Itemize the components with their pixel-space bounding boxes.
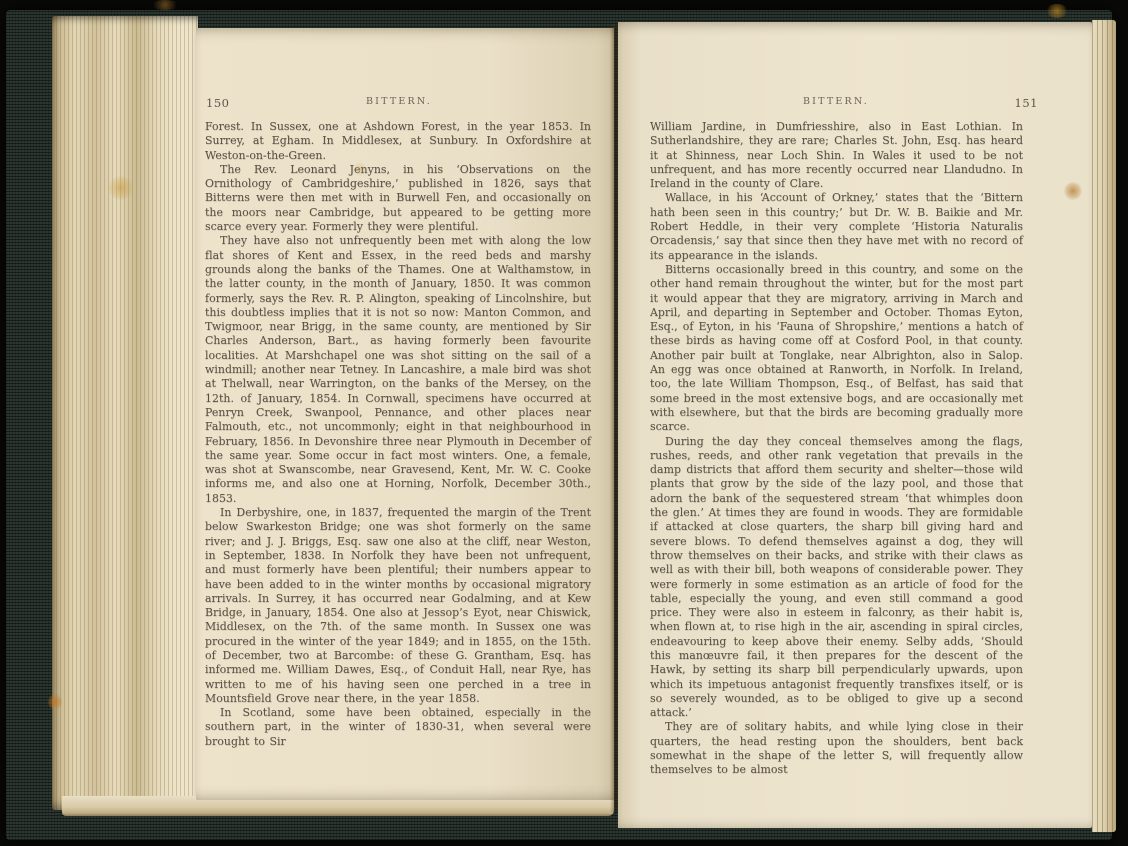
paragraph: Wallace, in his ‘Account of Orkney,’ sta… xyxy=(650,191,1023,262)
right-page-body: William Jardine, in Dumfriesshire, also … xyxy=(650,120,1023,778)
paragraph: The Rev. Leonard Jenyns, in his ‘Observa… xyxy=(205,163,591,234)
right-page: BITTERN. 151 William Jardine, in Dumfrie… xyxy=(618,22,1092,828)
paragraph: In Derbyshire, one, in 1837, frequented … xyxy=(205,506,591,706)
paragraph: During the day they conceal themselves a… xyxy=(650,435,1023,721)
paragraph: In Scotland, some have been obtained, es… xyxy=(205,706,591,749)
left-running-header: BITTERN. xyxy=(366,96,432,107)
paragraph: William Jardine, in Dumfriesshire, also … xyxy=(650,120,1023,191)
left-page-header: 150 BITTERN. xyxy=(196,96,614,112)
paragraph: They have also not unfrequently been met… xyxy=(205,234,591,506)
paragraph: Bitterns occasionally breed in this coun… xyxy=(650,263,1023,435)
right-page-header: BITTERN. 151 xyxy=(618,96,1092,112)
foxing-stain xyxy=(150,0,180,10)
page-edge-stack-right xyxy=(1092,20,1116,832)
right-running-header: BITTERN. xyxy=(803,96,869,107)
right-page-number: 151 xyxy=(1015,96,1038,110)
page-edge-stack-left xyxy=(52,16,198,810)
left-page-body: Forest. In Sussex, one at Ashdown Forest… xyxy=(205,120,591,749)
paragraph: Forest. In Sussex, one at Ashdown Forest… xyxy=(205,120,591,163)
left-page-number: 150 xyxy=(206,96,229,110)
paragraph: They are of solitary habits, and while l… xyxy=(650,720,1023,777)
left-page: 150 BITTERN. Forest. In Sussex, one at A… xyxy=(196,28,614,800)
